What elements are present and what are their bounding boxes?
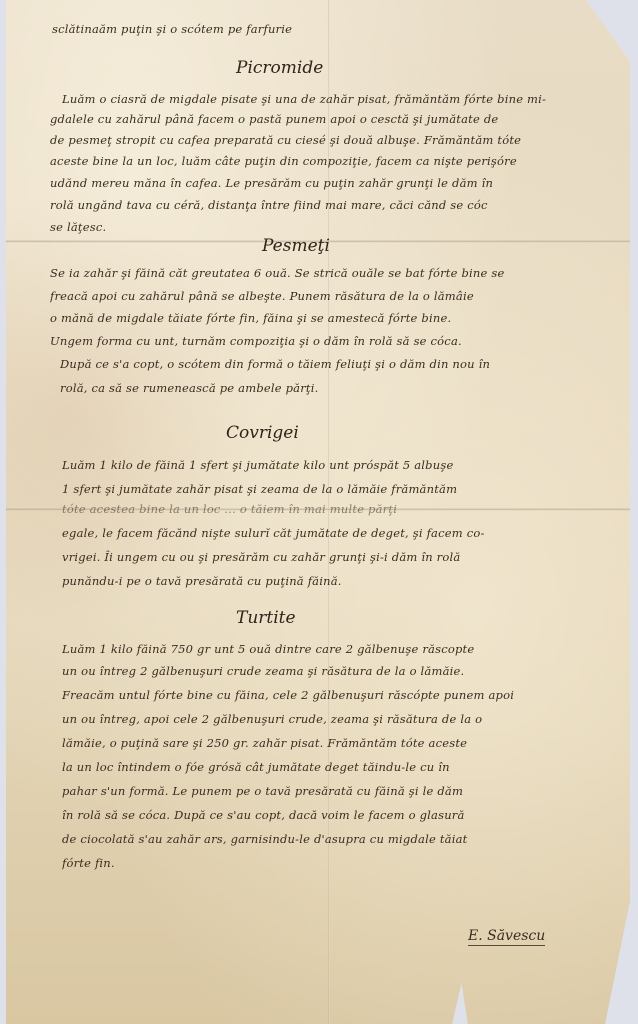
text-line: vrigei. Îi ungem cu ou şi presărăm cu za… — [62, 550, 628, 564]
text-line: de pesmeţ stropit cu cafea preparată cu … — [50, 133, 628, 147]
text-line: fórte fin. — [62, 856, 628, 870]
text-line: în rolă să se cóca. După ce s'au copt, d… — [62, 808, 628, 822]
text-line: la un loc întindem o fóe grósă cât jumăt… — [62, 760, 628, 774]
text-line: Luăm 1 kilo de făină 1 sfert şi jumătate… — [62, 458, 628, 472]
text-line: După ce s'a copt, o scótem din formă o t… — [60, 357, 628, 371]
signature: E. Săvescu — [468, 928, 545, 946]
section-title-pesmeti: Pesmeţi — [262, 236, 330, 256]
text-line: punăndu-i pe o tavă presărată cu puţină … — [62, 574, 628, 588]
text-line: freacă apoi cu zahărul până se albeşte. … — [50, 289, 628, 303]
text-line: Freacăm untul fórte bine cu făina, cele … — [62, 688, 628, 702]
text-line: 1 sfert şi jumătate zahăr pisat şi zeama… — [62, 482, 628, 496]
text-line: aceste bine la un loc, luăm câte puţin d… — [50, 154, 628, 168]
text-line: Ungem forma cu unt, turnăm compoziţia şi… — [50, 334, 628, 348]
section-title-turtite: Turtite — [236, 608, 296, 628]
text-line: Se ia zahăr şi făină căt greutatea 6 ouă… — [50, 266, 628, 280]
text-line: se lăţesc. — [50, 220, 628, 234]
text-line: Luăm 1 kilo făină 750 gr unt 5 ouă dintr… — [62, 642, 628, 656]
text-line: pahar s'un formă. Le punem pe o tavă pre… — [62, 784, 628, 798]
text-line: gdalele cu zahărul până facem o pastă pu… — [50, 112, 628, 126]
intro-line: sclătinaăm puţin şi o scótem pe farfurie — [52, 22, 628, 36]
text-line: un ou întreg 2 gălbenuşuri crude zeama ş… — [62, 664, 628, 678]
text-line: de ciocolată s'au zahăr ars, garnisindu-… — [62, 832, 628, 846]
text-line: lămăie, o puţină sare şi 250 gr. zahăr p… — [62, 736, 628, 750]
text-line: egale, le facem făcănd nişte sulurĭ căt … — [62, 526, 628, 540]
section-title-covrigei: Covrigei — [226, 423, 299, 443]
text-line: rolă ungănd tava cu céră, distanţa între… — [50, 198, 628, 212]
text-line: o mănă de migdale tăiate fórte fin, făin… — [50, 311, 628, 325]
text-line-obscured: tóte acestea bine la un loc ... o tăiem … — [62, 502, 628, 516]
text-line: un ou întreg, apoi cele 2 gălbenuşuri cr… — [62, 712, 628, 726]
section-title-picromide: Picromide — [236, 58, 323, 78]
text-line: udănd mereu măna în cafea. Le presărăm c… — [50, 176, 628, 190]
text-line: Luăm o ciasră de migdale pisate şi una d… — [62, 92, 628, 106]
text-line: rolă, ca să se rumenească pe ambele părţ… — [60, 381, 628, 395]
